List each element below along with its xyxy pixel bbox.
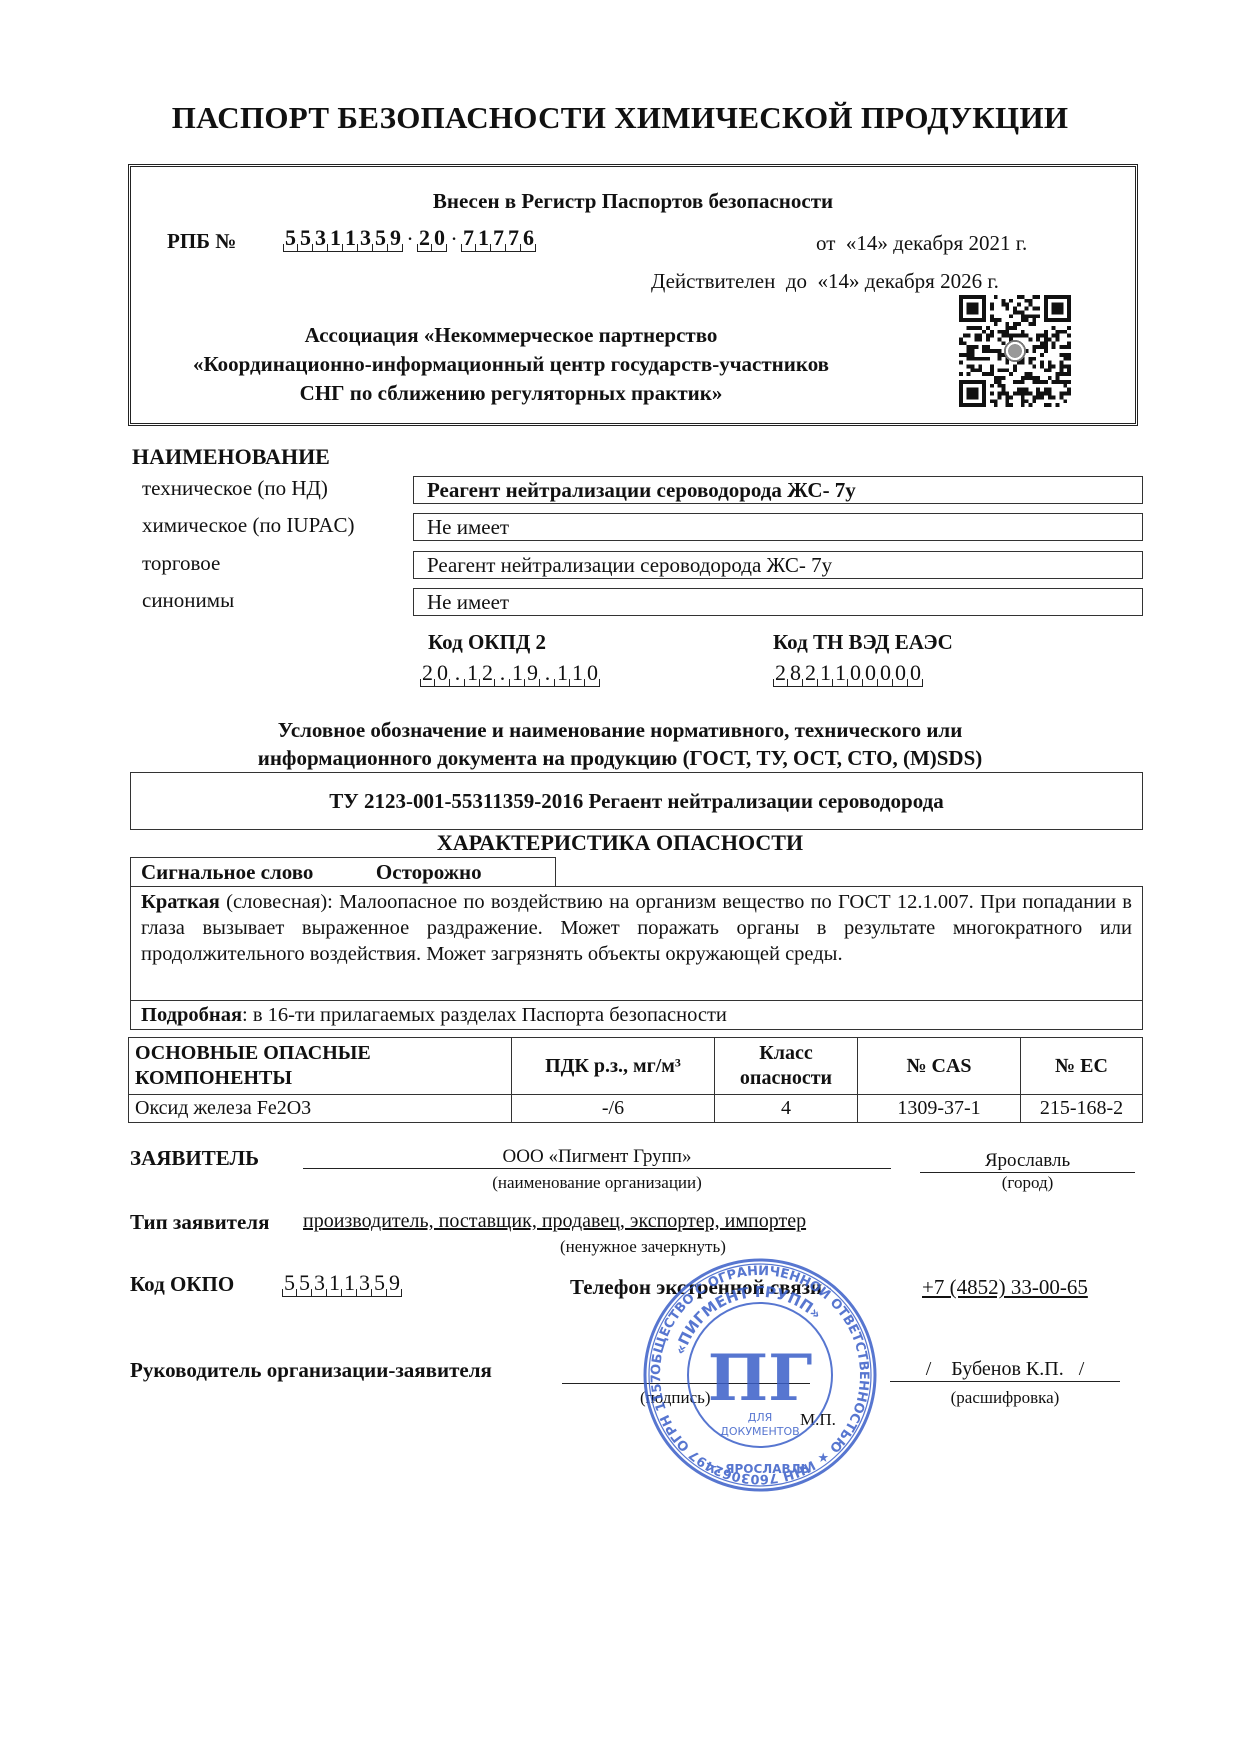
valid-label: Действителен [651, 269, 775, 293]
naming-heading: НАИМЕНОВАНИЕ [132, 444, 330, 470]
code-digit: 1 [342, 1270, 357, 1297]
short-label: Краткая [141, 891, 220, 913]
header-components: ОСНОВНЫЕ ОПАСНЫЕ КОМПОНЕНТЫ [129, 1038, 512, 1095]
normative-document: ТУ 2123-001-55311359-2016 Регаент нейтра… [130, 772, 1143, 830]
association-line: СНГ по сближению регуляторных практик» [131, 379, 891, 408]
code-digit: 5 [282, 1270, 297, 1297]
detailed-text: : в 16-ти прилагаемых разделах Паспорта … [242, 1004, 727, 1026]
code-digit: 1 [476, 225, 491, 252]
to-date: «14» декабря 2026 г. [818, 269, 999, 293]
cell-pdk: -/6 [512, 1095, 715, 1123]
naming-label: синонимы [142, 588, 234, 613]
code-digit: 3 [358, 225, 373, 252]
code-digit: 0 [878, 660, 893, 687]
tnved-label: Код ТН ВЭД ЕАЭС [773, 630, 953, 655]
code-digit: 2 [773, 660, 788, 687]
cell-ec: 215-168-2 [1021, 1095, 1143, 1123]
cell-cas: 1309-37-1 [858, 1095, 1021, 1123]
registry-valid: Действителен до «14» декабря 2026 г. [651, 269, 999, 294]
code-digit: 0 [893, 660, 908, 687]
qr-code-icon[interactable] [959, 295, 1071, 407]
svg-text:ДОКУМЕНТОВ: ДОКУМЕНТОВ [720, 1425, 799, 1438]
code-digit: 0 [848, 660, 863, 687]
code-digit: 1 [818, 660, 833, 687]
signal-label: Сигнальное слово [141, 860, 313, 884]
code-digit: 0 [908, 660, 923, 687]
code-digit: 3 [357, 1270, 372, 1297]
name-caption: (расшифровка) [890, 1388, 1120, 1408]
code-digit: . [540, 660, 555, 687]
tnved-code: 2821100000 [773, 660, 923, 687]
normative-heading: Условное обозначение и наименование норм… [0, 716, 1240, 772]
code-digit: 9 [387, 1270, 402, 1297]
head-label: Руководитель организации-заявителя [130, 1358, 492, 1383]
code-digit: 1 [465, 660, 480, 687]
to-label: до [786, 269, 807, 293]
code-digit: 8 [788, 660, 803, 687]
code-digit: 5 [373, 225, 388, 252]
applicant-org: ООО «Пигмент Групп» [303, 1146, 891, 1169]
svg-text:ПГ: ПГ [708, 1341, 813, 1416]
association-line: «Координационно-информационный центр гос… [131, 350, 891, 379]
detailed-label: Подробная [141, 1004, 242, 1026]
naming-value-field: Не имеет [413, 513, 1143, 541]
code-digit: 1 [555, 660, 570, 687]
code-digit: 6 [521, 225, 536, 252]
code-digit: 9 [388, 225, 403, 252]
signal-value: Осторожно [376, 860, 482, 884]
code-digit: 1 [510, 660, 525, 687]
naming-value-field: Не имеет [413, 588, 1143, 616]
org-caption: (наименование организации) [303, 1173, 891, 1193]
code-digit: 2 [417, 225, 432, 252]
registry-box: Внесен в Регистр Паспортов безопасности … [128, 164, 1138, 426]
page-title: ПАСПОРТ БЕЗОПАСНОСТИ ХИМИЧЕСКОЙ ПРОДУКЦИ… [0, 100, 1240, 136]
code-digit: 5 [283, 225, 298, 252]
naming-value-field: Реагент нейтрализации сероводорода ЖС- 7… [413, 476, 1143, 504]
applicant-city: Ярославль [920, 1150, 1135, 1173]
applicant-type-value: производитель, поставщик, продавец, эксп… [303, 1210, 806, 1233]
association-name: Ассоциация «Некоммерческое партнерство «… [131, 321, 891, 408]
okpd-label: Код ОКПД 2 [428, 630, 546, 655]
cell-component: Оксид железа Fe2O3 [129, 1095, 512, 1123]
city-caption: (город) [920, 1173, 1135, 1193]
svg-text:ДЛЯ: ДЛЯ [748, 1411, 773, 1424]
table-header-row: ОСНОВНЫЕ ОПАСНЫЕ КОМПОНЕНТЫ ПДК р.з., мг… [129, 1038, 1143, 1095]
code-digit: 2 [803, 660, 818, 687]
code-digit: 1 [833, 660, 848, 687]
svg-text:г. ЯРОСЛАВЛЬ: г. ЯРОСЛАВЛЬ [710, 1462, 810, 1476]
code-digit: 5 [298, 225, 313, 252]
naming-label: техническое (по НД) [142, 476, 328, 501]
code-digit: 1 [570, 660, 585, 687]
cell-class: 4 [715, 1095, 858, 1123]
code-digit: . [450, 660, 465, 687]
rpb-number: 55311359·20·71776 [283, 225, 536, 252]
header-class: Класс опасности [715, 1038, 858, 1095]
naming-value-field: Реагент нейтрализации сероводорода ЖС- 7… [413, 551, 1143, 579]
code-digit: 3 [313, 225, 328, 252]
table-row: Оксид железа Fe2O3 -/6 4 1309-37-1 215-1… [129, 1095, 1143, 1123]
phone-number: +7 (4852) 33-00-65 [922, 1275, 1088, 1300]
short-text: (словесная): Малоопасное по воздействию … [141, 891, 1132, 965]
association-line: Ассоциация «Некоммерческое партнерство [131, 321, 891, 350]
head-name: / Бубенов К.П. / [890, 1358, 1120, 1382]
components-table: ОСНОВНЫЕ ОПАСНЫЕ КОМПОНЕНТЫ ПДК р.з., мг… [128, 1037, 1143, 1123]
code-digit: 5 [372, 1270, 387, 1297]
normative-heading-line: Условное обозначение и наименование норм… [0, 716, 1240, 744]
applicant-type-label: Тип заявителя [130, 1210, 269, 1235]
code-digit: 7 [506, 225, 521, 252]
code-digit: 0 [585, 660, 600, 687]
registry-heading: Внесен в Регистр Паспортов безопасности [131, 189, 1135, 214]
code-digit: 1 [328, 225, 343, 252]
okpo-label: Код ОКПО [130, 1272, 234, 1297]
code-digit: 3 [312, 1270, 327, 1297]
naming-label: химическое (по IUPAC) [142, 513, 355, 538]
code-digit: 2 [480, 660, 495, 687]
from-date: «14» декабря 2021 г. [846, 231, 1027, 255]
code-digit: 1 [327, 1270, 342, 1297]
hazard-heading: ХАРАКТЕРИСТИКА ОПАСНОСТИ [0, 830, 1240, 856]
code-digit: 2 [420, 660, 435, 687]
company-stamp-icon: ОБЩЕСТВО С ОГРАНИЧЕННОЙ ОТВЕТСТВЕННОСТЬЮ… [640, 1255, 880, 1495]
code-digit: 5 [297, 1270, 312, 1297]
code-digit: 7 [461, 225, 476, 252]
applicant-label: ЗАЯВИТЕЛЬ [130, 1146, 259, 1171]
code-digit: 1 [343, 225, 358, 252]
registry-from: от «14» декабря 2021 г. [816, 231, 1027, 256]
code-separator: · [447, 226, 461, 252]
hazard-detailed: Подробная: в 16-ти прилагаемых разделах … [130, 1000, 1143, 1030]
header-ec: № ЕС [1021, 1038, 1143, 1095]
code-separator: · [403, 226, 417, 252]
normative-heading-line: информационного документа на продукцию (… [0, 744, 1240, 772]
header-cas: № CAS [858, 1038, 1021, 1095]
code-digit: . [495, 660, 510, 687]
signal-word: Сигнальное слово Осторожно [130, 857, 556, 887]
naming-label: торговое [142, 551, 220, 576]
code-digit: 0 [863, 660, 878, 687]
code-digit: 7 [491, 225, 506, 252]
okpo-code: 55311359 [282, 1270, 402, 1297]
okpd-code: 20.12.19.110 [420, 660, 600, 687]
code-digit: 0 [432, 225, 447, 252]
type-caption: (ненужное зачеркнуть) [560, 1237, 726, 1257]
code-digit: 0 [435, 660, 450, 687]
rpb-label: РПБ № [167, 229, 236, 254]
code-digit: 9 [525, 660, 540, 687]
from-label: от [816, 231, 835, 255]
hazard-short: Краткая (словесная): Малоопасное по возд… [130, 886, 1143, 1001]
header-pdk: ПДК р.з., мг/м³ [512, 1038, 715, 1095]
